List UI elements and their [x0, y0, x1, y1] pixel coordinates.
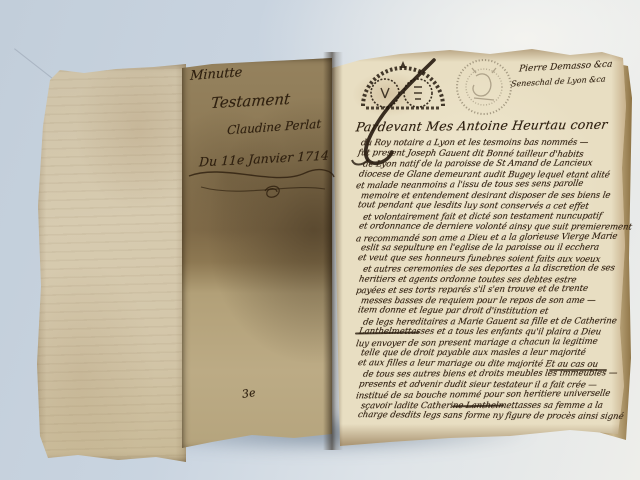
manuscript-line: messes basses de requiem pour le repos d…: [360, 295, 596, 305]
blank-underleaf: [36, 64, 186, 462]
manuscript-line: et aux filles a leur mariage ou dite maj…: [357, 358, 598, 370]
manuscript-line: du Roy notaire a Lyon et les tesmoins ba…: [360, 138, 589, 148]
manuscript-line: item donne et legue par droit d'institut…: [357, 305, 549, 316]
pen-flourish: [183, 158, 338, 200]
manuscript-line: memoire et entendement desirant disposer…: [360, 190, 611, 200]
manuscript-line: et veut que ses honneurs funebres soient…: [357, 253, 601, 265]
manuscript-line: et ordonnance de derniere volonté ainsy …: [358, 222, 632, 233]
manuscript-line: eslit sa sepulture en l'eglise de la par…: [360, 243, 600, 253]
manuscript-line: de Lyon natif de la paroisse de St Amand…: [362, 158, 593, 169]
manuscript-line: charge desdits legs sans forme ny figure…: [357, 410, 624, 422]
manuscript-line: telle que de droit payable aux masles a …: [360, 348, 586, 358]
underline-mark: [549, 369, 607, 371]
manuscript-line: et autres ceremonies de ses deportes a l…: [362, 263, 615, 274]
manuscript-line: fut present Joseph Gauent dit Bonné tail…: [357, 148, 584, 160]
manuscript-line: de legs hereditaires a Marie Gauent sa f…: [362, 316, 617, 327]
manuscript-line: tout pendant que lesdits luy sont conser…: [357, 200, 589, 212]
manuscript-photo: Minutte Testament Claudine Perlat Du 11e…: [0, 0, 640, 480]
folio-mark: 3e: [241, 386, 256, 401]
manuscript-line: Pardevant Mes Antoine Heurtau coner: [355, 117, 609, 135]
manuscript-line: et volontairement fait et dicté son test…: [362, 211, 602, 222]
